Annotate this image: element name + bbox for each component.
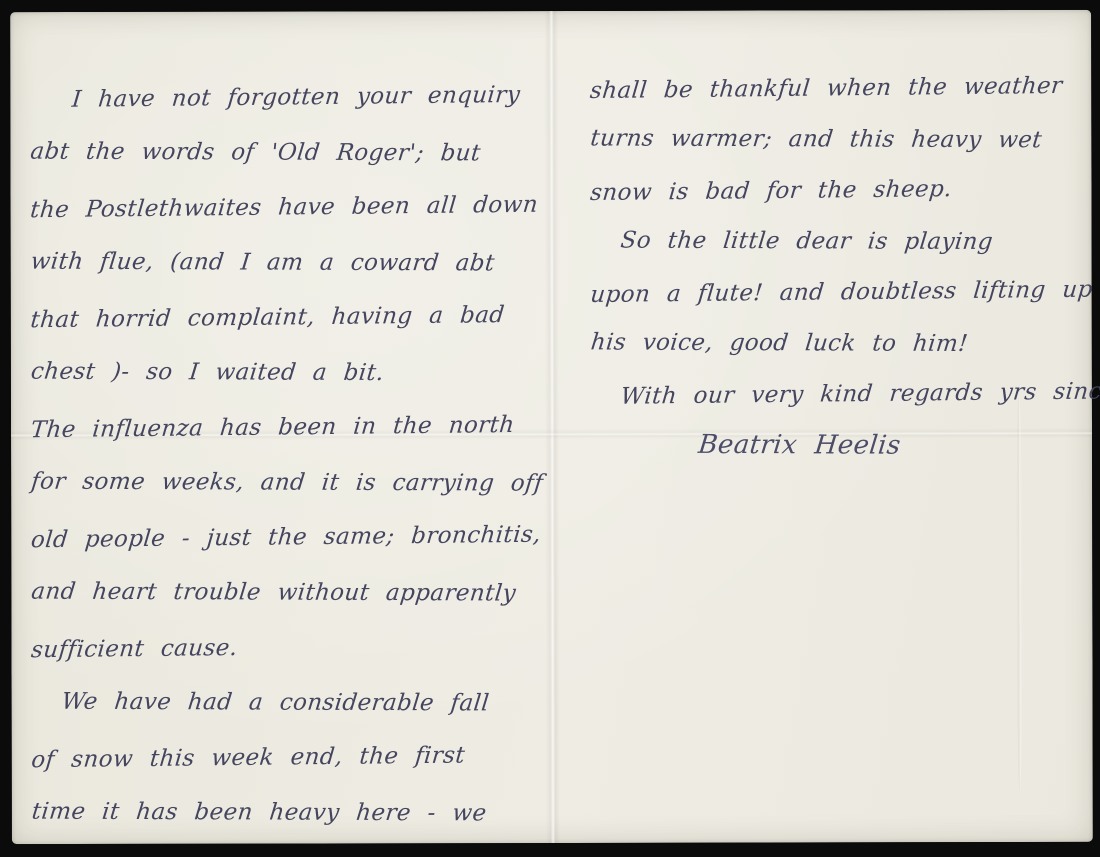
handwriting-line: I have not forgotten your enquiry: [28, 67, 523, 127]
letter-page-left: I have not forgotten your enquiry abt th…: [10, 11, 547, 844]
handwriting-line: upon a flute! and doubtless lifting up: [588, 264, 1080, 320]
handwriting-line: old people - just the same; bronchitis,: [28, 507, 523, 567]
handwriting-line: We have had a considerable fall: [29, 674, 524, 731]
handwriting-line: The influenza has been in the north: [28, 397, 523, 457]
handwriting-line: chest )- so I waited a bit.: [28, 344, 523, 401]
handwriting-line: turns warmer; and this heavy wet: [588, 112, 1080, 165]
handwriting-line: With our very kind regards yrs sincerely: [588, 366, 1080, 422]
handwriting-line: the Postlethwaites have been all down: [28, 177, 523, 237]
handwriting-line: his voice, good luck to him!: [588, 316, 1080, 369]
handwriting-line: of snow this week end, the first: [29, 727, 524, 787]
handwriting-line: shall be thankful when the weather: [588, 60, 1080, 116]
letter-page-right: shall be thankful when the weather turns…: [556, 10, 1093, 843]
handwriting-line: snow is bad for the sheep.: [588, 162, 1080, 218]
handwriting-line: abt the words of 'Old Roger'; but: [28, 124, 523, 181]
letter-paper: I have not forgotten your enquiry abt th…: [10, 10, 1093, 844]
handwriting-line: So the little dear is playing: [588, 214, 1080, 267]
photo-frame: I have not forgotten your enquiry abt th…: [0, 0, 1100, 857]
handwriting-line: time it has been heavy here - we: [29, 784, 524, 841]
handwriting-line: sufficient cause.: [29, 617, 524, 677]
handwriting-line: for some weeks, and it is carrying off: [28, 454, 523, 511]
handwriting-line: and heart trouble without apparently: [29, 564, 524, 621]
handwriting-line: that horrid complaint, having a bad: [28, 287, 523, 347]
signature: Beatrix Heelis: [588, 418, 1080, 471]
handwriting-line: with flue, (and I am a coward abt: [28, 234, 523, 291]
